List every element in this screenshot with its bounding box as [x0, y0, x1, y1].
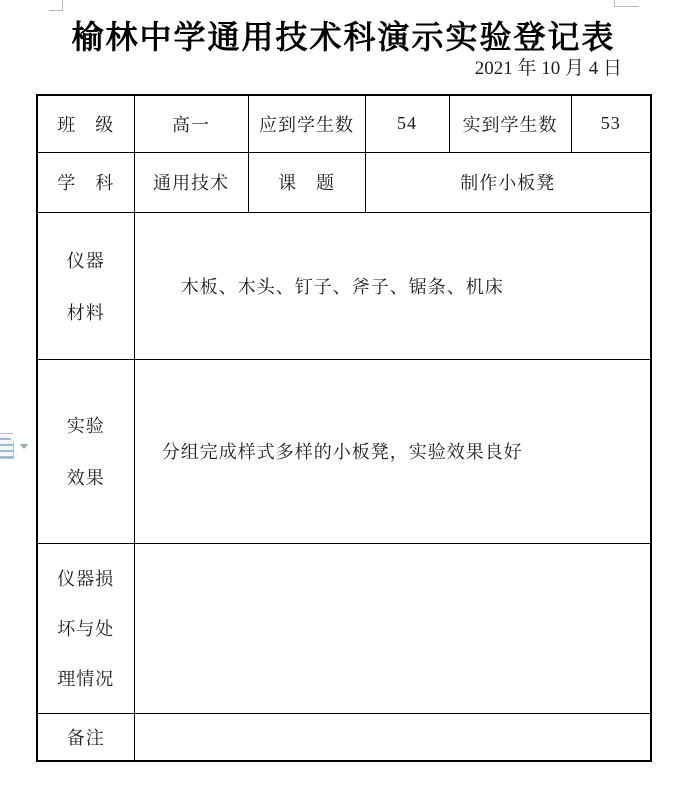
cell-actual-students-label: 实到学生数	[449, 95, 571, 152]
damage-label-line: 仪器损	[57, 565, 114, 591]
cell-class-label: 班 级	[37, 95, 134, 152]
paste-options-button[interactable]	[0, 431, 31, 463]
cell-remarks-label: 备注	[37, 713, 134, 761]
damage-label-line: 理情况	[57, 665, 114, 691]
cell-result-label: 实验 效果	[37, 359, 134, 543]
table-row-subject: 学 科 通用技术 课 题 制作小板凳	[37, 152, 651, 212]
table-row-remarks: 备注	[37, 713, 651, 761]
cell-equipment-label: 仪器 材料	[37, 212, 134, 359]
text-boundary-mark-top-right	[614, 6, 639, 7]
cell-topic-value: 制作小板凳	[365, 152, 651, 212]
cell-equipment-value: 木板、木头、钉子、斧子、锯条、机床	[134, 212, 651, 359]
paste-options-icon	[0, 433, 14, 459]
document-date: 2021 年 10 月 4 日	[0, 53, 622, 80]
registration-table: 班 级 高一 应到学生数 54 实到学生数 53 学 科 通用技术 课 题 制作…	[36, 94, 652, 762]
text-boundary-mark-top-left	[49, 10, 63, 11]
chevron-down-icon	[20, 444, 28, 449]
table-row-equipment: 仪器 材料 木板、木头、钉子、斧子、锯条、机床	[37, 212, 651, 359]
page-fold-decoration	[6, 434, 15, 443]
table-row-class: 班 级 高一 应到学生数 54 实到学生数 53	[37, 95, 651, 152]
document-page: 榆林中学通用技术科演示实验登记表 2021 年 10 月 4 日 班 级 高一 …	[0, 0, 687, 788]
cell-damage-value	[134, 543, 651, 713]
cell-subject-label: 学 科	[37, 152, 134, 212]
damage-label-line: 坏与处	[57, 615, 114, 641]
cell-remarks-value	[134, 713, 651, 761]
page-title: 榆林中学通用技术科演示实验登记表	[0, 12, 687, 58]
equipment-label-line: 材料	[67, 299, 105, 325]
result-label-line: 效果	[67, 464, 105, 490]
cell-subject-value: 通用技术	[134, 152, 248, 212]
cell-result-value: 分组完成样式多样的小板凳，实验效果良好	[134, 359, 651, 543]
cell-topic-label: 课 题	[248, 152, 365, 212]
cell-damage-label: 仪器损 坏与处 理情况	[37, 543, 134, 713]
cell-class-value: 高一	[134, 95, 248, 152]
table-row-damage: 仪器损 坏与处 理情况	[37, 543, 651, 713]
equipment-label-line: 仪器	[67, 247, 105, 273]
cell-expected-students-value: 54	[365, 95, 449, 152]
result-label-line: 实验	[67, 412, 105, 438]
cell-expected-students-label: 应到学生数	[248, 95, 365, 152]
cell-actual-students-value: 53	[571, 95, 651, 152]
table-row-result: 实验 效果 分组完成样式多样的小板凳，实验效果良好	[37, 359, 651, 543]
